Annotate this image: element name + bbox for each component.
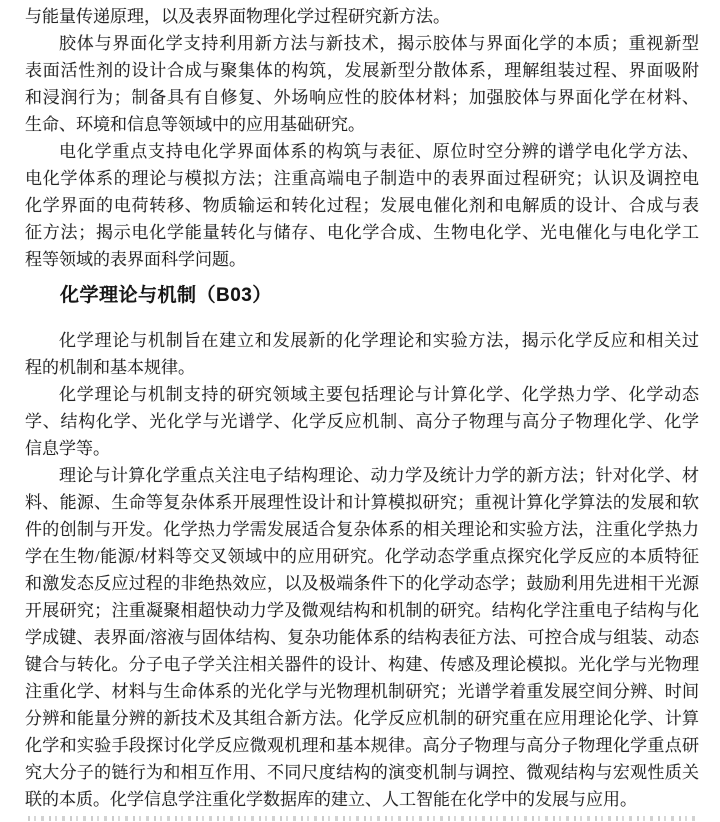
text-line: 化学理论与机制旨在建立和发展新的化学理论和实验方法，揭示化学反应和相关过 — [25, 327, 699, 354]
text-line: 与能量传递原理，以及表界面物理化学过程研究新方法。 — [25, 3, 699, 30]
text-line: 分辨和能量分辨的新技术及其组合新方法。化学反应机制的研究重在应用理论化学、计算 — [25, 705, 699, 732]
next-line-cutoff — [28, 816, 698, 821]
text-line: 和浸润行为；制备具有自修复、外场响应性的胶体材料；加强胶体与界面化学在材料、 — [25, 84, 699, 111]
text-line: 注重化学、材料与生命体系的光化学与光物理机制研究；光谱学着重发展空间分辨、时间 — [25, 678, 699, 705]
text-line: 究大分子的链行为和相互作用、不同尺度结构的演变机制与调控、微观结构与宏观性质关 — [25, 759, 699, 786]
para-b03-details: 理论与计算化学重点关注电子结构理论、动力学及统计力学的新方法；针对化学、材料、能… — [25, 462, 699, 813]
text-line: 征方法；揭示电化学能量转化与储存、电化学合成、生物电化学、光电催化与电化学工 — [25, 219, 699, 246]
para-b03-research-areas: 化学理论与机制支持的研究领域主要包括理论与计算化学、化学热力学、化学动态学、结构… — [25, 381, 699, 462]
para-colloid-interface-chemistry: 胶体与界面化学支持利用新方法与新技术，揭示胶体与界面化学的本质；重视新型表面活性… — [25, 30, 699, 138]
text-line: 电化学体系的理论与模拟方法；注重高端电子制造中的表界面过程研究；认识及调控电 — [25, 165, 699, 192]
para-electrochemistry: 电化学重点支持电化学界面体系的构筑与表征、原位时空分辨的谱学电化学方法、电化学体… — [25, 138, 699, 273]
text-line: 开展研究；注重凝聚相超快动力学及微观结构和机制的研究。结构化学注重电子结构与化 — [25, 597, 699, 624]
text-line: 学、结构化学、光化学与光谱学、化学反应机制、高分子物理与高分子物理化学、化学 — [25, 408, 699, 435]
text-line: 生命、环境和信息等领域中的应用基础研究。 — [25, 111, 699, 138]
text-line: 联的本质。化学信息学注重化学数据库的建立、人工智能在化学中的发展与应用。 — [25, 786, 699, 813]
section-heading-b03: 化学理论与机制（B03） — [60, 282, 699, 309]
text-line: 电化学重点支持电化学界面体系的构筑与表征、原位时空分辨的谱学电化学方法、 — [25, 138, 699, 165]
text-line: 信息学等。 — [25, 435, 699, 462]
text-line: 化学界面的电荷转移、物质输运和转化过程；发展电催化剂和电解质的设计、合成与表 — [25, 192, 699, 219]
para-surface-physchem-tail: 与能量传递原理，以及表界面物理化学过程研究新方法。 — [25, 3, 699, 30]
text-line: 程等领域的表界面科学问题。 — [25, 246, 699, 273]
text-line: 料、能源、生命等复杂体系开展理性设计和计算模拟研究；重视计算化学算法的发展和软 — [25, 489, 699, 516]
text-line: 学在生物/能源/材料等交叉领域中的应用研究。化学动态学重点探究化学反应的本质特征 — [25, 543, 699, 570]
blocks-after-heading: 化学理论与机制旨在建立和发展新的化学理论和实验方法，揭示化学反应和相关过程的机制… — [25, 327, 699, 813]
text-line: 和激发态反应过程的非绝热效应，以及极端条件下的化学动态学；鼓励利用先进相干光源 — [25, 570, 699, 597]
text-line: 程的机制和基本规律。 — [25, 354, 699, 381]
text-line: 理论与计算化学重点关注电子结构理论、动力学及统计力学的新方法；针对化学、材 — [25, 462, 699, 489]
blocks-before-heading: 与能量传递原理，以及表界面物理化学过程研究新方法。胶体与界面化学支持利用新方法与… — [25, 3, 699, 273]
para-b03-purpose: 化学理论与机制旨在建立和发展新的化学理论和实验方法，揭示化学反应和相关过程的机制… — [25, 327, 699, 381]
text-line: 键合与转化。分子电子学关注相关器件的设计、构建、传感及理论模拟。光化学与光物理 — [25, 651, 699, 678]
text-line: 胶体与界面化学支持利用新方法与新技术，揭示胶体与界面化学的本质；重视新型 — [25, 30, 699, 57]
document-page: 与能量传递原理，以及表界面物理化学过程研究新方法。胶体与界面化学支持利用新方法与… — [0, 0, 720, 822]
text-line: 化学理论与机制支持的研究领域主要包括理论与计算化学、化学热力学、化学动态 — [25, 381, 699, 408]
text-line: 表面活性剂的设计合成与聚集体的构筑，发展新型分散体系，理解组装过程、界面吸附 — [25, 57, 699, 84]
text-line: 化学和实验手段探讨化学反应微观机理和基本规律。高分子物理与高分子物理化学重点研 — [25, 732, 699, 759]
text-line: 学成键、表界面/溶液与固体结构、复杂功能体系的结构表征方法、可控合成与组装、动态 — [25, 624, 699, 651]
text-line: 件的创制与开发。化学热力学需发展适合复杂体系的相关理论和实验方法，注重化学热力 — [25, 516, 699, 543]
document-text: 与能量传递原理，以及表界面物理化学过程研究新方法。胶体与界面化学支持利用新方法与… — [25, 3, 699, 813]
